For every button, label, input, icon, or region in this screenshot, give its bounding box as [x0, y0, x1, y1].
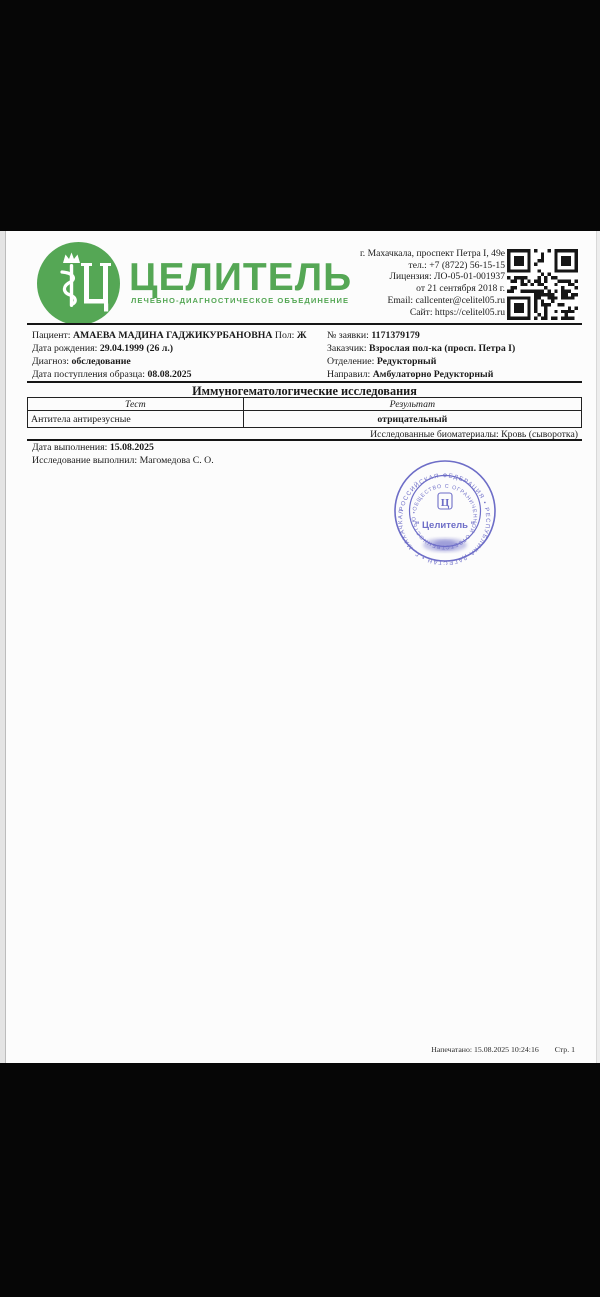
lab-report-page: ЦЕЛИТЕЛЬ ЛЕЧЕБНО-ДИАГНОСТИЧЕСКОЕ ОБЪЕДИН… [0, 231, 600, 1063]
completion-date-line: Дата выполнения: 15.08.2025 [32, 442, 154, 453]
test-name-cell: Антитела антирезусные [28, 411, 244, 428]
qr-code [507, 249, 578, 320]
stamp-center-name: " Целитель " [415, 520, 475, 531]
clinic-stamp: РОССИЙСКАЯ ФЕДЕРАЦИЯ • РЕСПУБЛИКА ДАГЕСТ… [391, 457, 499, 565]
clinic-subtitle: ЛЕЧЕБНО-ДИАГНОСТИЧЕСКОЕ ОБЪЕДИНЕНИЕ [131, 296, 349, 305]
patient-info-block: Пациент: АМАЕВА МАДИНА ГАДЖИКУРБАНОВНА П… [32, 329, 307, 381]
completion-date-value: 15.08.2025 [110, 442, 154, 453]
sample-received-line: Дата поступления образца: 08.08.2025 [32, 368, 307, 381]
col-header-result: Результат [243, 398, 581, 411]
birth-date-line: Дата рождения: 29.04.1999 (26 л.) [32, 342, 307, 355]
department-line: Отделение: Редукторный [327, 355, 515, 368]
customer-line: Заказчик: Взрослая пол-ка (просп. Петра … [327, 342, 515, 355]
department-value: Редукторный [377, 356, 437, 367]
sex-label: Пол: [275, 330, 294, 341]
received-label: Дата поступления образца: [32, 369, 145, 380]
request-number: 1171379179 [371, 330, 419, 341]
clinic-name: ЦЕЛИТЕЛЬ [129, 258, 352, 297]
viewer-background: { "brand": { "name": "ЦЕЛИТЕЛЬ", "subtit… [0, 0, 600, 1297]
clinic-site: Сайт: https://celitel05.ru [360, 307, 505, 319]
printed-timestamp: 15.08.2025 10:24:16 [474, 1045, 539, 1054]
clinic-phone: тел.: +7 (8722) 56-15-15 [360, 260, 505, 272]
performed-value: Магомедова С. О. [140, 455, 214, 466]
request-line: № заявки: 1171379179 [327, 329, 515, 342]
received-value: 08.08.2025 [147, 369, 191, 380]
clinic-contact-block: г. Махачкала, проспект Петра I, 49е тел.… [360, 248, 505, 318]
birth-value: 29.04.1999 (26 л.) [100, 343, 173, 354]
patient-name: АМАЕВА МАДИНА ГАДЖИКУРБАНОВНА [73, 330, 272, 341]
performed-by-line: Исследование выполнил: Магомедова С. О. [32, 455, 214, 466]
clinic-license-date: от 21 сентября 2018 г. [360, 283, 505, 295]
completion-date-label: Дата выполнения: [32, 442, 107, 453]
page-right-edge [596, 231, 600, 1063]
page-indicator: Стр. 1 [555, 1045, 575, 1054]
patient-label: Пациент: [32, 330, 71, 341]
customer-value: Взрослая пол-ка (просп. Петра I) [369, 343, 515, 354]
printed-label: Напечатано: [431, 1045, 472, 1054]
divider [27, 439, 582, 441]
department-label: Отделение: [327, 356, 374, 367]
diagnosis-label: Диагноз: [32, 356, 69, 367]
customer-label: Заказчик: [327, 343, 367, 354]
birth-label: Дата рождения: [32, 343, 97, 354]
divider [27, 323, 582, 325]
clinic-address: г. Махачкала, проспект Петра I, 49е [360, 248, 505, 260]
patient-name-line: Пациент: АМАЕВА МАДИНА ГАДЖИКУРБАНОВНА П… [32, 329, 307, 342]
test-result-cell: отрицательный [243, 411, 581, 428]
referred-value: Амбулаторно Редукторный [373, 369, 494, 380]
clinic-license: Лицензия: ЛО-05-01-001937 [360, 271, 505, 283]
col-header-test: Тест [28, 398, 244, 411]
performed-label: Исследование выполнил: [32, 455, 137, 466]
clinic-logo-icon [37, 242, 120, 325]
table-header-row: Тест Результат [28, 398, 582, 411]
table-row: Антитела антирезусные отрицательный [28, 411, 582, 428]
results-table: Тест Результат Антитела антирезусные отр… [27, 397, 582, 428]
referred-label: Направил: [327, 369, 370, 380]
request-label: № заявки: [327, 330, 369, 341]
page-left-edge [0, 231, 6, 1063]
referred-line: Направил: Амбулаторно Редукторный [327, 368, 515, 381]
diagnosis-line: Диагноз: обследование [32, 355, 307, 368]
print-footer: Напечатано: 15.08.2025 10:24:16 Стр. 1 [431, 1045, 575, 1054]
clinic-email: Email: callcenter@celitel05.ru [360, 295, 505, 307]
divider [27, 381, 582, 383]
stamp-emblem-letter: Ц [441, 497, 450, 509]
order-info-block: № заявки: 1171379179 Заказчик: Взрослая … [327, 329, 515, 381]
diagnosis-value: обследование [71, 356, 130, 367]
sex-value: Ж [297, 330, 307, 341]
